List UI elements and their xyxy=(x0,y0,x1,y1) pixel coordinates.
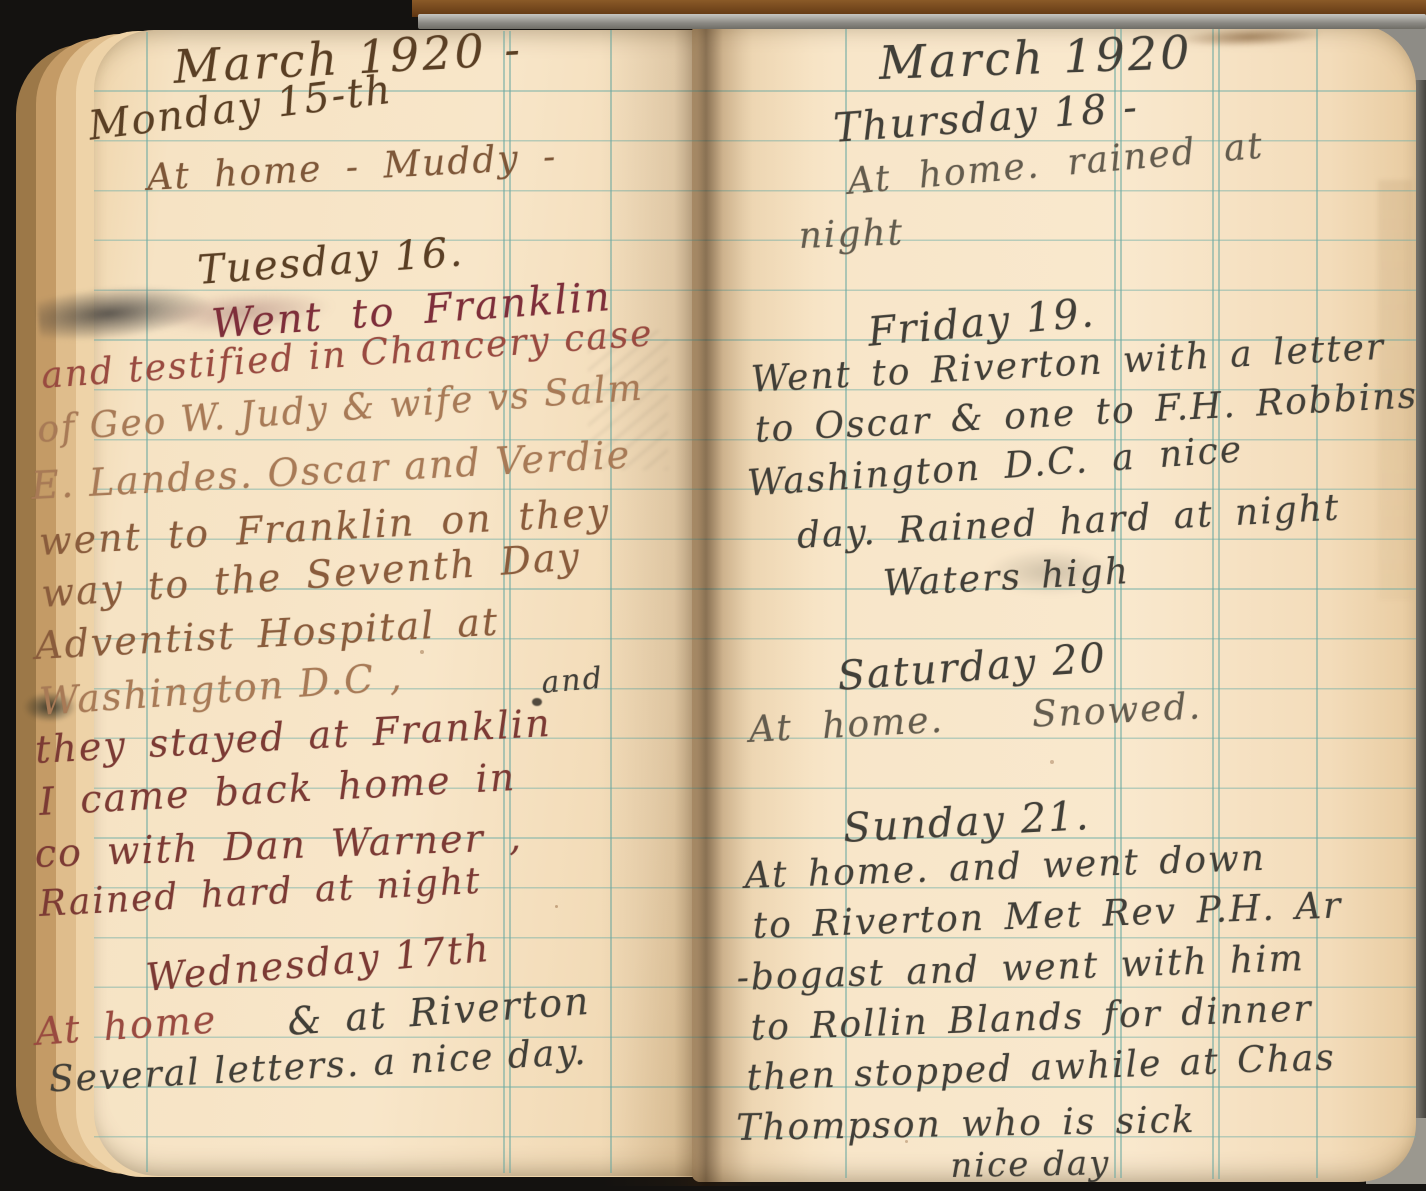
entry-line: -bogast and went with him xyxy=(736,938,1305,999)
entry-line: At home. Snowed. xyxy=(748,686,1203,751)
entry-line: At home - Muddy - xyxy=(146,137,558,199)
entry-line: nice day xyxy=(950,1143,1111,1186)
entry-line: then stopped awhile at Chas xyxy=(746,1037,1336,1099)
entry-line: Thompson who is sick xyxy=(736,1100,1196,1149)
notebook-photo: March 1920 - Monday 15-th At home - Mudd… xyxy=(0,0,1426,1191)
entry-line: to Riverton Met Rev P.H. Ar xyxy=(752,885,1343,947)
month-header: March 1920 xyxy=(878,25,1193,90)
entry-line: to Rollin Blands for dinner xyxy=(750,988,1313,1049)
entry-line: At home xyxy=(34,997,219,1054)
entry-day: Saturday 20 xyxy=(836,635,1108,700)
entry-day: Sunday 21. xyxy=(842,793,1091,852)
book-spine-metal-edge xyxy=(418,14,1426,29)
entry-line: and xyxy=(540,661,605,701)
handwriting-layer: March 1920 - Monday 15-th At home - Mudd… xyxy=(0,0,1426,1191)
entry-line: night xyxy=(798,212,905,257)
entry-line: day. Rained hard at night xyxy=(796,488,1341,557)
entry-line: Waters high xyxy=(882,551,1131,605)
entry-day: Tuesday 16. xyxy=(196,229,466,294)
entry-line: At home. and went down xyxy=(744,838,1267,897)
